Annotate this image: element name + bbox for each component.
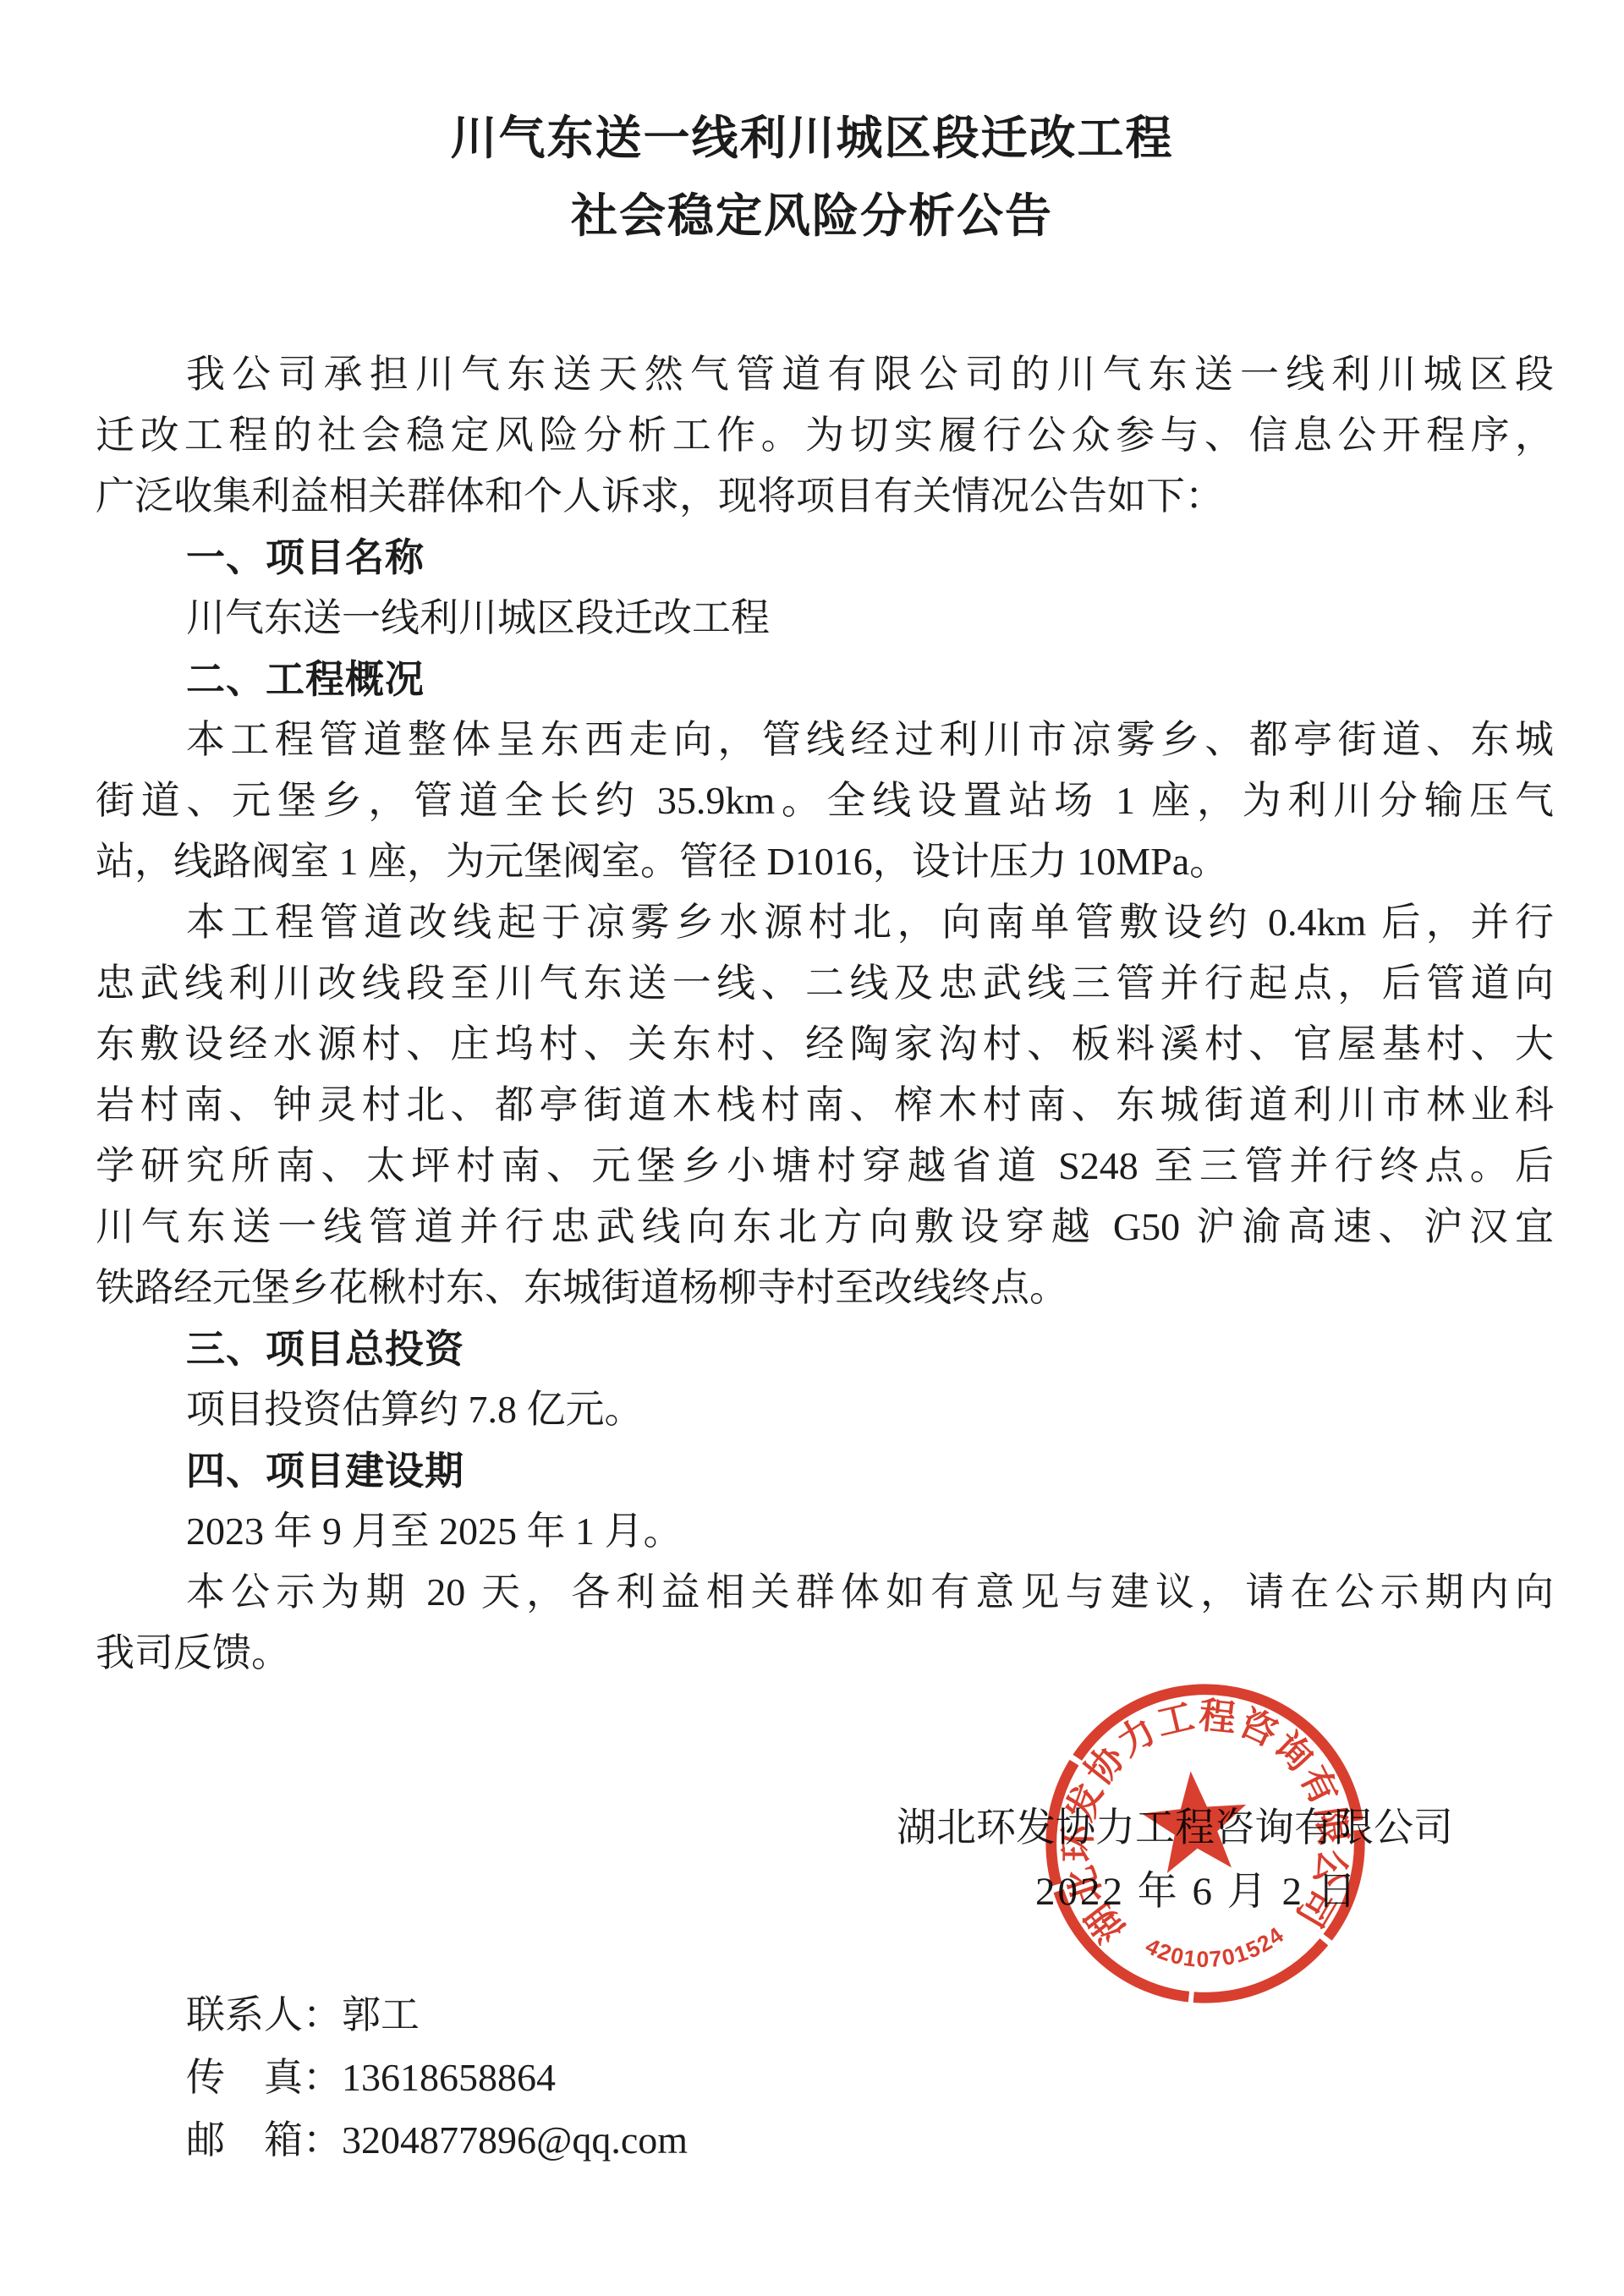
- body-line: 本工程管道整体呈东西走向，管线经过利川市凉雾乡、都亭街道、东城: [96, 710, 1554, 770]
- document-title: 川气东送一线利川城区段迁改工程 社会稳定风险分析公告: [0, 100, 1624, 255]
- document-body: 我公司承担川气东送天然气管道有限公司的川气东送一线利川城区段 迁改工程的社会稳定…: [96, 344, 1554, 1684]
- section-heading-4: 四、项目建设期: [96, 1440, 1554, 1501]
- section-heading-2: 二、工程概况: [96, 649, 1554, 710]
- body-line: 广泛收集利益相关群体和个人诉求，现将项目有关情况公告如下：: [96, 466, 1554, 527]
- body-line: 川气东送一线利川城区段迁改工程: [96, 588, 1554, 649]
- contact-info: 联系人：郭工 传 真：13618658864 邮 箱：3204877896@qq…: [186, 1984, 688, 2172]
- company-seal-stamp: 湖北环发协力工程咨询有限公司 4201070152453: [1025, 1663, 1386, 2025]
- contact-email-line: 邮 箱：3204877896@qq.com: [186, 2109, 688, 2172]
- body-line: 岩村南、钟灵村北、都亭街道木栈村南、榨木村南、东城街道利川市林业科: [96, 1075, 1554, 1136]
- body-line: 街道、元堡乡，管道全长约 35.9km。全线设置站场 1 座，为利川分输压气: [96, 770, 1554, 831]
- body-line: 迁改工程的社会稳定风险分析工作。为切实履行公众参与、信息公开程序，: [96, 405, 1554, 466]
- contact-person-line: 联系人：郭工: [186, 1984, 688, 2047]
- body-line: 本公示为期 20 天，各利益相关群体如有意见与建议，请在公示期内向: [96, 1562, 1554, 1623]
- body-line: 本工程管道改线起于凉雾乡水源村北，向南单管敷设约 0.4km 后，并行: [96, 892, 1554, 953]
- seal-star-icon: [1138, 1767, 1251, 1875]
- body-line: 2023 年 9 月至 2025 年 1 月。: [96, 1501, 1554, 1562]
- section-heading-1: 一、项目名称: [96, 527, 1554, 588]
- body-line: 站，线路阀室 1 座，为元堡阀室。管径 D1016，设计压力 10MPa。: [96, 831, 1554, 892]
- body-line: 我公司承担川气东送天然气管道有限公司的川气东送一线利川城区段: [96, 344, 1554, 405]
- body-line: 项目投资估算约 7.8 亿元。: [96, 1379, 1554, 1440]
- title-line-2: 社会稳定风险分析公告: [0, 178, 1624, 255]
- notice-document-page: 川气东送一线利川城区段迁改工程 社会稳定风险分析公告 我公司承担川气东送天然气管…: [0, 0, 1624, 2296]
- body-line: 铁路经元堡乡花楸村东、东城街道杨柳寺村至改线终点。: [96, 1258, 1554, 1318]
- body-line: 忠武线利川改线段至川气东送一线、二线及忠武线三管并行起点，后管道向: [96, 953, 1554, 1014]
- contact-fax-line: 传 真：13618658864: [186, 2047, 688, 2109]
- title-line-1: 川气东送一线利川城区段迁改工程: [0, 100, 1624, 178]
- body-line: 川气东送一线管道并行忠武线向东北方向敷设穿越 G50 沪渝高速、沪汉宜: [96, 1197, 1554, 1258]
- body-line: 东敷设经水源村、庄坞村、关东村、经陶家沟村、板料溪村、官屋基村、大: [96, 1014, 1554, 1075]
- section-heading-3: 三、项目总投资: [96, 1318, 1554, 1379]
- body-line: 学研究所南、太坪村南、元堡乡小塘村穿越省道 S248 至三管并行终点。后: [96, 1136, 1554, 1197]
